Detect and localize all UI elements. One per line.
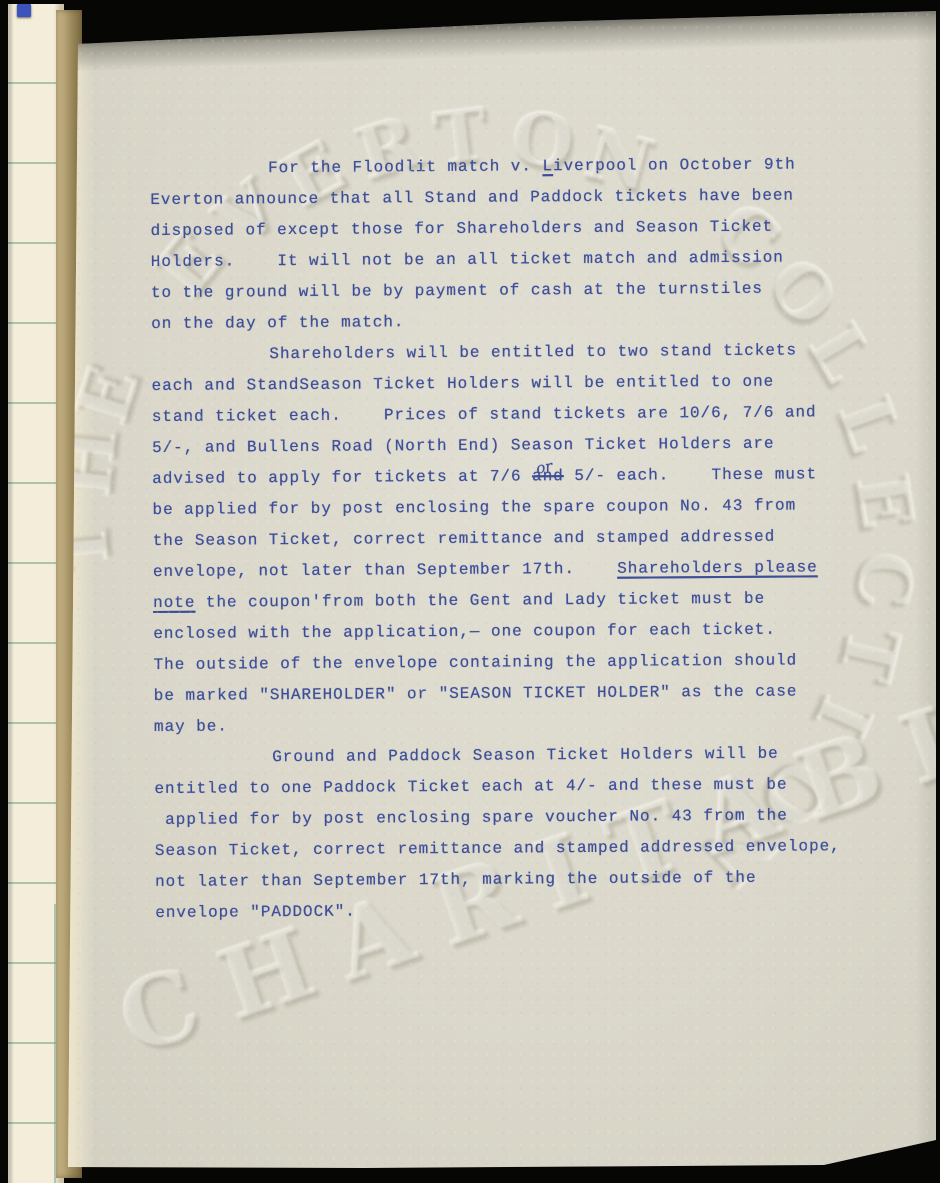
typed-text: each and StandSeason Ticket Holders will… <box>152 373 775 395</box>
typed-text: entitled to one Paddock Ticket each at 4… <box>154 776 787 798</box>
typed-text: to the ground will be by payment of cash… <box>151 280 763 302</box>
typed-text-block: For the Floodlit match v. Liverpool on O… <box>150 149 935 929</box>
underlined-text: L <box>542 157 553 175</box>
watermark-letter: E <box>67 411 136 432</box>
typed-text: Everton announce that all Stand and Padd… <box>150 187 794 209</box>
typed-text: Ground and Paddock Season Ticket Holders… <box>272 745 779 767</box>
typed-text: on the day of the match. <box>151 313 404 333</box>
typed-text: applied for by post enclosing spare vouc… <box>155 807 788 829</box>
typed-text: For the Floodlit match v. <box>268 157 542 177</box>
typed-line: stand ticket each. Prices of stand ticke… <box>152 397 932 433</box>
typed-text: Holders. It will not be an all ticket ma… <box>151 249 784 271</box>
typed-text: envelope, not later than September 17th. <box>153 560 617 581</box>
struck-text: andor <box>532 467 564 485</box>
typed-text: enclosed with the application,— one coup… <box>153 621 776 643</box>
typed-text: The outside of the envelope containing t… <box>154 651 798 673</box>
typed-text: disposed of except those for Shareholder… <box>150 218 773 240</box>
typed-text: the coupon'from both the Gent and Lady t… <box>195 590 765 612</box>
typed-line: envelope "PADDOCK". <box>155 893 935 929</box>
typed-text: be marked "SHAREHOLDER" or "SEASON TICKE… <box>154 682 798 704</box>
typed-line: envelope, not later than September 17th.… <box>153 552 933 588</box>
underlined-text: note <box>153 594 195 612</box>
typed-text: iverpool on October 9th <box>553 155 796 175</box>
typed-line: Season Ticket, correct remittance and st… <box>155 831 935 867</box>
typed-text: 5/-, and Bullens Road (North End) Season… <box>152 435 775 457</box>
typed-text: Shareholders will be entitled to two sta… <box>269 341 797 363</box>
binding-shadow <box>52 0 940 73</box>
typed-text: stand ticket each. Prices of stand ticke… <box>152 403 817 426</box>
typed-text: Season Ticket, correct remittance and st… <box>155 837 841 860</box>
underlined-text: Shareholders please <box>617 558 818 577</box>
typed-text: 5/- each. These must <box>564 465 817 485</box>
typed-text: advised to apply for tickets at 7/6 <box>152 467 532 488</box>
typed-line: advised to apply for tickets at 7/6 ando… <box>152 459 932 495</box>
document-page: THE EVERTON COLLECTION CHARITABLE TRUST … <box>64 8 936 1170</box>
typed-text: not later than September 17th, marking t… <box>155 869 757 891</box>
typed-text: the Season Ticket, correct remittance an… <box>153 528 776 550</box>
typed-text: envelope "PADDOCK". <box>155 903 356 922</box>
blue-tab <box>17 4 31 17</box>
typed-text: may be. <box>154 717 228 736</box>
typed-text: be applied for by post enclosing the spa… <box>152 496 796 518</box>
